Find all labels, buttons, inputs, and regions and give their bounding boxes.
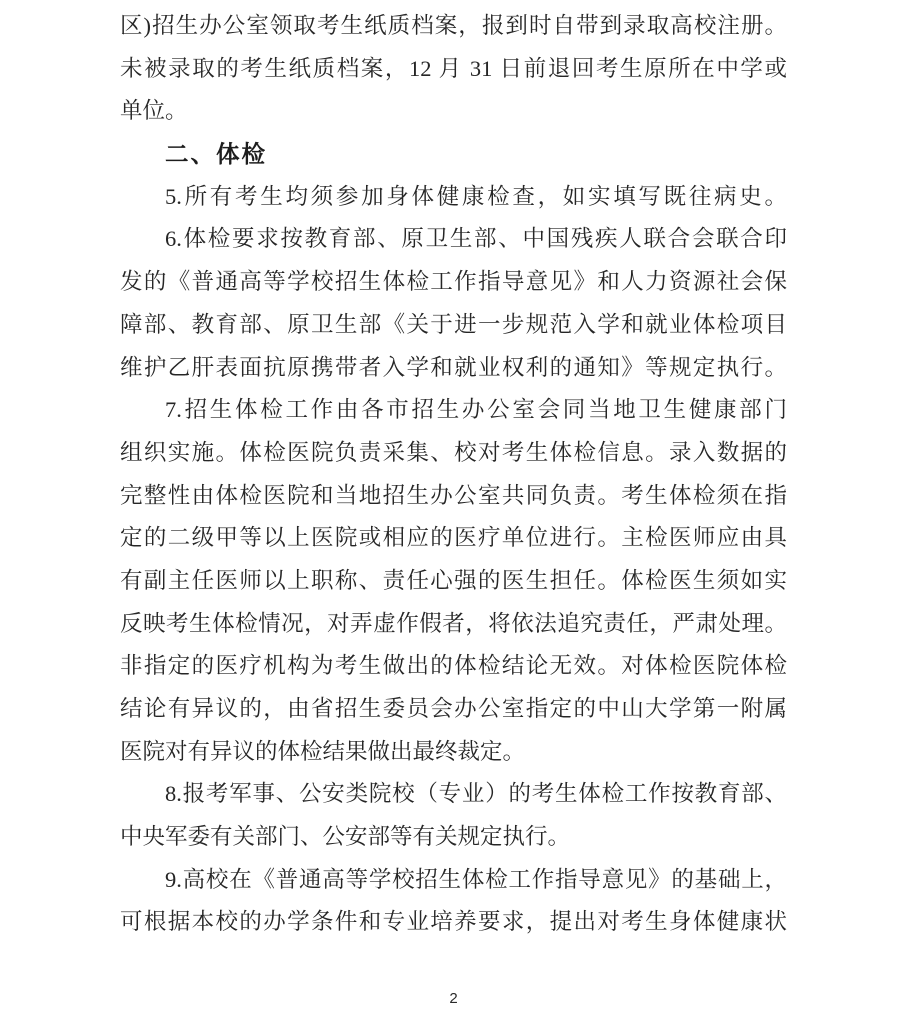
- document-body: 区)招生办公室领取考生纸质档案，报到时自带到录取高校注册。未被录取的考生纸质档案…: [120, 5, 787, 944]
- text-line: 单位。: [120, 90, 787, 133]
- text-line: 未被录取的考生纸质档案，12 月 31 日前退回考生原所在中学或: [120, 48, 787, 91]
- text-line: 反映考生体检情况，对弄虚作假者，将依法追究责任，严肃处理。: [120, 603, 787, 646]
- text-line: 非指定的医疗机构为考生做出的体检结论无效。对体检医院体检: [120, 645, 787, 688]
- text-line: 5.所有考生均须参加身体健康检查，如实填写既往病史。: [120, 176, 787, 219]
- text-line: 7.招生体检工作由各市招生办公室会同当地卫生健康部门: [120, 389, 787, 432]
- text-line: 9.高校在《普通高等学校招生体检工作指导意见》的基础上，: [120, 859, 787, 902]
- text-line: 6.体检要求按教育部、原卫生部、中国残疾人联合会联合印: [120, 218, 787, 261]
- text-line: 发的《普通高等学校招生体检工作指导意见》和人力资源社会保: [120, 261, 787, 304]
- section-heading: 二、体检: [120, 133, 787, 176]
- text-line: 中央军委有关部门、公安部等有关规定执行。: [120, 816, 787, 859]
- text-line: 组织实施。体检医院负责采集、校对考生体检信息。录入数据的: [120, 432, 787, 475]
- text-line: 有副主任医师以上职称、责任心强的医生担任。体检医生须如实: [120, 560, 787, 603]
- page-footer: 2: [120, 990, 787, 1007]
- text-line: 障部、教育部、原卫生部《关于进一步规范入学和就业体检项目: [120, 304, 787, 347]
- text-line: 定的二级甲等以上医院或相应的医疗单位进行。主检医师应由具: [120, 517, 787, 560]
- document-page: 区)招生办公室领取考生纸质档案，报到时自带到录取高校注册。未被录取的考生纸质档案…: [0, 0, 900, 1019]
- text-line: 医院对有异议的体检结果做出最终裁定。: [120, 731, 787, 774]
- text-line: 完整性由体检医院和当地招生办公室共同负责。考生体检须在指: [120, 475, 787, 518]
- text-line: 可根据本校的办学条件和专业培养要求，提出对考生身体健康状: [120, 901, 787, 944]
- page-number: 2: [449, 990, 457, 1007]
- text-line: 区)招生办公室领取考生纸质档案，报到时自带到录取高校注册。: [120, 5, 787, 48]
- text-line: 结论有异议的，由省招生委员会办公室指定的中山大学第一附属: [120, 688, 787, 731]
- text-line: 8.报考军事、公安类院校（专业）的考生体检工作按教育部、: [120, 773, 787, 816]
- text-line: 维护乙肝表面抗原携带者入学和就业权利的通知》等规定执行。: [120, 347, 787, 390]
